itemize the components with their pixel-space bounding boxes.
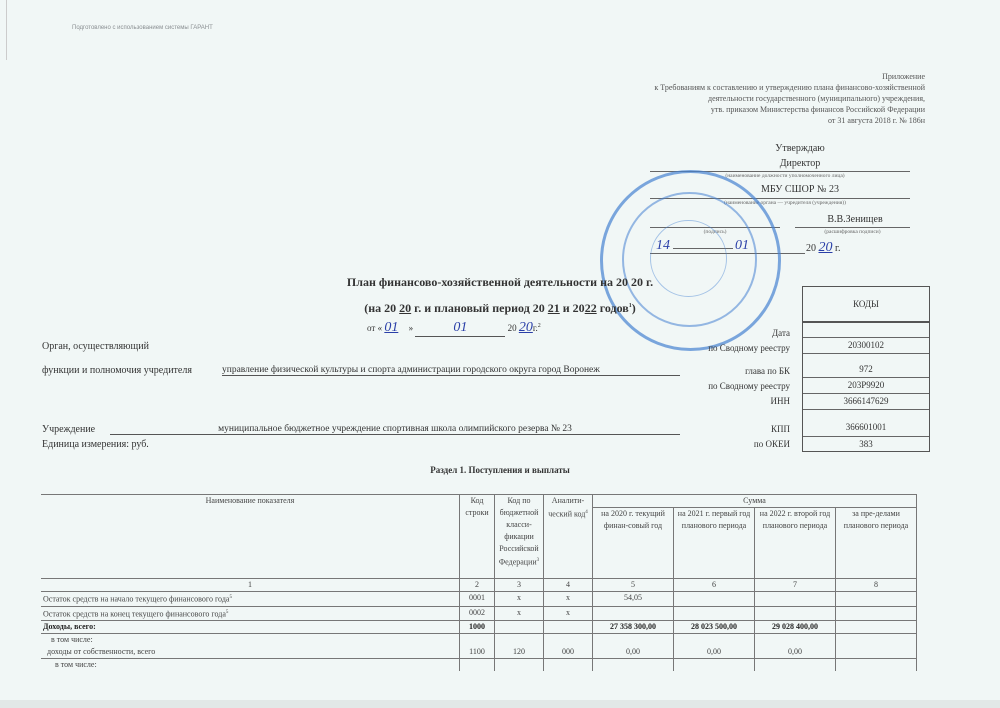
header-2020: на 2020 г. текущий финан-совый год	[593, 508, 674, 579]
row-value-2022: 29 028 400,00	[755, 621, 836, 634]
header-2022: на 2022 г. второй год планового периода	[755, 508, 836, 579]
code-label-inn: ИНН	[640, 396, 790, 406]
header-row-code: Код строки	[460, 495, 495, 579]
table-row: Остаток средств на конец текущего финанс…	[41, 606, 917, 621]
header-name: Наименование показателя	[41, 495, 460, 579]
approval-year-hw: 20	[819, 240, 833, 255]
code-kpp: 366601001	[803, 410, 929, 437]
page-bottom-shade	[0, 700, 1000, 708]
row-analytic	[544, 659, 593, 672]
row-value-beyond	[836, 621, 917, 634]
approve-word: Утверждаю	[690, 143, 910, 154]
row-value-beyond	[836, 606, 917, 621]
row-bk	[495, 659, 544, 672]
row-value-2021	[674, 606, 755, 621]
institution-label: Учреждение	[42, 424, 95, 435]
col-number: 4	[544, 579, 593, 592]
institution-value: муниципальное бюджетное учреждение спорт…	[110, 424, 680, 435]
col-number: 5	[593, 579, 674, 592]
organ-label-2: функции и полномочия учредителя	[42, 365, 192, 376]
row-value-beyond	[836, 634, 917, 659]
row-value-2021: 28 023 500,00	[674, 621, 755, 634]
code-label-date: Дата	[640, 328, 790, 338]
row-code	[460, 659, 495, 672]
row-name: в том числе:	[41, 659, 460, 672]
plan-date-month: 01	[415, 320, 505, 337]
table-row: Остаток средств на начало текущего финан…	[41, 592, 917, 607]
row-name: Доходы, всего:	[41, 621, 460, 634]
row-value-2020	[593, 659, 674, 672]
code-label-okei: по ОКЕИ	[640, 439, 790, 449]
row-name: в том числе: доходы от собственности, вс…	[41, 634, 460, 659]
row-name: Остаток средств на конец текущего финанс…	[41, 606, 460, 621]
appendix-line: к Требованиям к составлению и утверждени…	[545, 82, 925, 93]
plan-date: от « 01 » 01 20 20г.2	[367, 320, 541, 337]
section-title: Раздел 1. Поступления и выплаты	[0, 465, 1000, 475]
row-value-2021: 0,00	[674, 634, 755, 659]
row-value-2022	[755, 659, 836, 672]
approval-year: 20 20 г.	[806, 240, 840, 256]
row-bk: 120	[495, 634, 544, 659]
code-label-registry: по Сводному реестру	[640, 343, 790, 353]
appendix-line: деятельности государственного (муниципал…	[545, 93, 925, 104]
decode-caption: (расшифровка подписи)	[795, 229, 910, 235]
row-name: Остаток средств на начало текущего финан…	[41, 592, 460, 607]
col-number: 2	[460, 579, 495, 592]
row-code: 0002	[460, 606, 495, 621]
appendix-block: Приложение к Требованиям к составлению и…	[545, 71, 925, 126]
organ-label-1: Орган, осуществляющий	[42, 341, 149, 352]
code-label-registry-2: по Сводному реестру	[640, 381, 790, 391]
decode-line	[795, 227, 910, 228]
table-header-row: Наименование показателя Код строки Код п…	[41, 495, 917, 508]
code-registry: 20300102	[803, 338, 929, 354]
code-okei: 383	[803, 437, 929, 451]
header-analytic: Аналити-ческий код4	[544, 495, 593, 579]
row-analytic	[544, 621, 593, 634]
appendix-line: утв. приказом Министерства финансов Росс…	[545, 104, 925, 115]
codes-header: КОДЫ	[803, 287, 929, 323]
row-analytic: x	[544, 606, 593, 621]
header-sum: Сумма	[593, 495, 917, 508]
col-number: 6	[674, 579, 755, 592]
row-bk: x	[495, 592, 544, 607]
row-analytic: x	[544, 592, 593, 607]
code-label-kpp: КПП	[640, 424, 790, 434]
row-code: 0001	[460, 592, 495, 607]
plan-date-year: 20	[519, 320, 533, 335]
row-value-2020: 54,05	[593, 592, 674, 607]
unit-label: Единица измерения: руб.	[42, 439, 149, 450]
row-value-beyond	[836, 659, 917, 672]
row-value-2022	[755, 592, 836, 607]
garant-note: Подготовлено с использованием системы ГА…	[72, 25, 213, 31]
appendix-line: Приложение	[545, 71, 925, 82]
row-value-2020: 27 358 300,00	[593, 621, 674, 634]
code-bk: 972	[803, 354, 929, 378]
col-number: 1	[41, 579, 460, 592]
organ-value: управление физической культуры и спорта …	[222, 365, 680, 376]
table-row: в том числе: доходы от собственности, вс…	[41, 634, 917, 659]
page-edge	[6, 0, 7, 60]
row-bk	[495, 621, 544, 634]
row-code: 1100	[460, 634, 495, 659]
table-row-total-income: Доходы, всего: 1000 27 358 300,00 28 023…	[41, 621, 917, 634]
col-number: 3	[495, 579, 544, 592]
code-label-bk: глава по БК	[640, 366, 790, 376]
row-analytic: 000	[544, 634, 593, 659]
plan-date-day: 01	[384, 320, 406, 336]
table-row: в том числе:	[41, 659, 917, 672]
col-number: 8	[836, 579, 917, 592]
row-code: 1000	[460, 621, 495, 634]
decode-name: В.В.Зенищев	[800, 214, 910, 225]
row-value-2021	[674, 659, 755, 672]
title-line-1: План финансово-хозяйственной деятельност…	[300, 270, 700, 294]
code-registry-2: 203Р9920	[803, 378, 929, 394]
row-value-2022	[755, 606, 836, 621]
header-beyond: за пре-делами планового периода	[836, 508, 917, 579]
row-value-2021	[674, 592, 755, 607]
header-2021: на 2021 г. первый год планового периода	[674, 508, 755, 579]
row-value-2022: 0,00	[755, 634, 836, 659]
document-title: План финансово-хозяйственной деятельност…	[300, 270, 700, 320]
row-bk: x	[495, 606, 544, 621]
col-number: 7	[755, 579, 836, 592]
codes-box: КОДЫ 20300102 972 203Р9920 3666147629 36…	[802, 286, 930, 452]
receipts-payments-table: Наименование показателя Код строки Код п…	[41, 494, 917, 671]
appendix-line: от 31 августа 2018 г. № 186н	[545, 115, 925, 126]
header-bk-code: Код по бюджетной класси-фикации Российск…	[495, 495, 544, 579]
row-value-2020: 0,00	[593, 634, 674, 659]
code-inn: 3666147629	[803, 394, 929, 410]
code-date	[803, 323, 929, 338]
row-value-beyond	[836, 592, 917, 607]
approval-block: Утверждаю	[690, 143, 910, 158]
title-line-2: (на 20 20 г. и плановый период 20 21 и 2…	[300, 294, 700, 320]
column-number-row: 1 2 3 4 5 6 7 8	[41, 579, 917, 592]
row-value-2020	[593, 606, 674, 621]
approval-position: Директор	[700, 158, 900, 169]
